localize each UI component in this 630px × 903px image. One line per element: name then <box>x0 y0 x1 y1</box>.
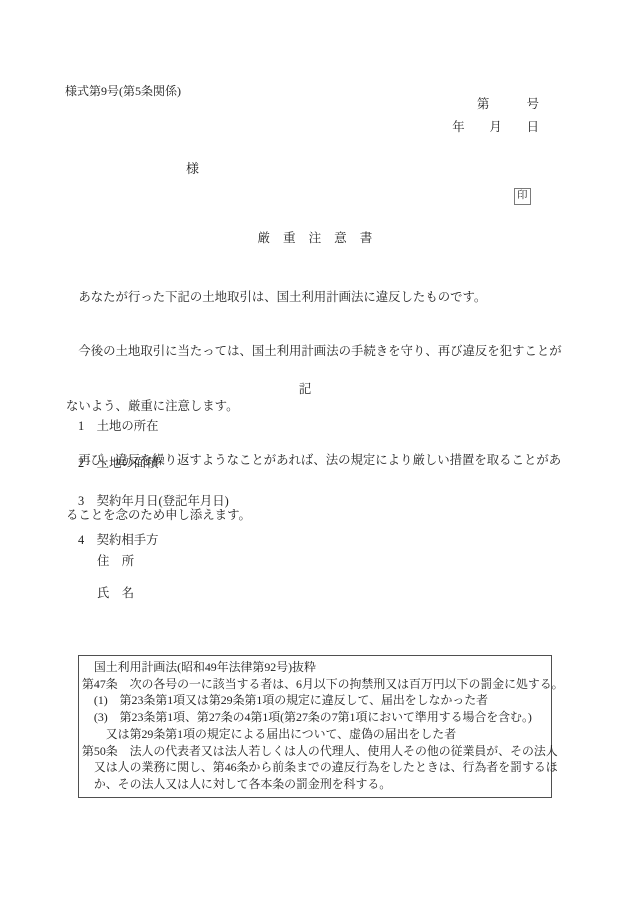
sub-item-address: 住 所 <box>97 551 134 569</box>
document-title: 厳 重 注 意 書 <box>0 227 630 246</box>
body-line: ないよう、厳重に注意します。 <box>66 394 566 418</box>
list-item-land-location: 1 土地の所在 <box>78 416 159 434</box>
sub-item-name: 氏 名 <box>97 583 134 601</box>
list-item-contract-date: 3 契約年月日(登記年月日) <box>78 491 229 509</box>
form-number: 様式第9号(第5条関係) <box>65 82 181 99</box>
law-line: か、その法人又は人に対して各本条の罰金刑を科する。 <box>82 776 548 793</box>
law-line: 第47条 次の各号の一に該当する者は、6月以下の拘禁刑又は百万円以下の罰金に処す… <box>82 676 548 693</box>
law-line: 又は第29条第1項の規定による届出について、虚偽の届出をした者 <box>82 726 548 743</box>
document-number-line: 第 号 <box>477 94 539 112</box>
date-line: 年 月 日 <box>452 117 539 135</box>
list-item-contract-party: 4 契約相手方 <box>78 530 159 548</box>
ki-marker: 記 <box>0 378 610 397</box>
law-line: (3) 第23条第1項、第27条の4第1項(第27条の7第1項において準用する場… <box>82 709 548 726</box>
law-excerpt-box: 国土利用計画法(昭和49年法律第92号)抜粋 第47条 次の各号の一に該当する者… <box>78 655 552 798</box>
warning-letter-document: 様式第9号(第5条関係) 第 号 年 月 日 様 印 厳 重 注 意 書 あなた… <box>0 0 630 903</box>
seal-placeholder: 印 <box>514 188 531 205</box>
body-line: 今後の土地取引に当たっては、国土利用計画法の手続きを守り、再び違反を犯すことが <box>66 339 566 363</box>
list-item-land-area: 2 土地の面積 <box>78 453 159 471</box>
law-line: 又は人の業務に関し、第46条から前条までの違反行為をしたときは、行為者を罰するほ <box>82 759 548 776</box>
law-line: 国土利用計画法(昭和49年法律第92号)抜粋 <box>82 659 548 676</box>
law-line: 第50条 法人の代表者又は法人若しくは人の代理人、使用人その他の従業員が、その法… <box>82 743 548 760</box>
addressee-suffix: 様 <box>186 158 199 177</box>
body-line: あなたが行った下記の土地取引は、国土利用計画法に違反したものです。 <box>66 285 566 309</box>
body-paragraphs: あなたが行った下記の土地取引は、国土利用計画法に違反したものです。 今後の土地取… <box>66 255 566 557</box>
law-line: (1) 第23条第1項又は第29条第1項の規定に違反して、届出をしなかった者 <box>82 692 548 709</box>
